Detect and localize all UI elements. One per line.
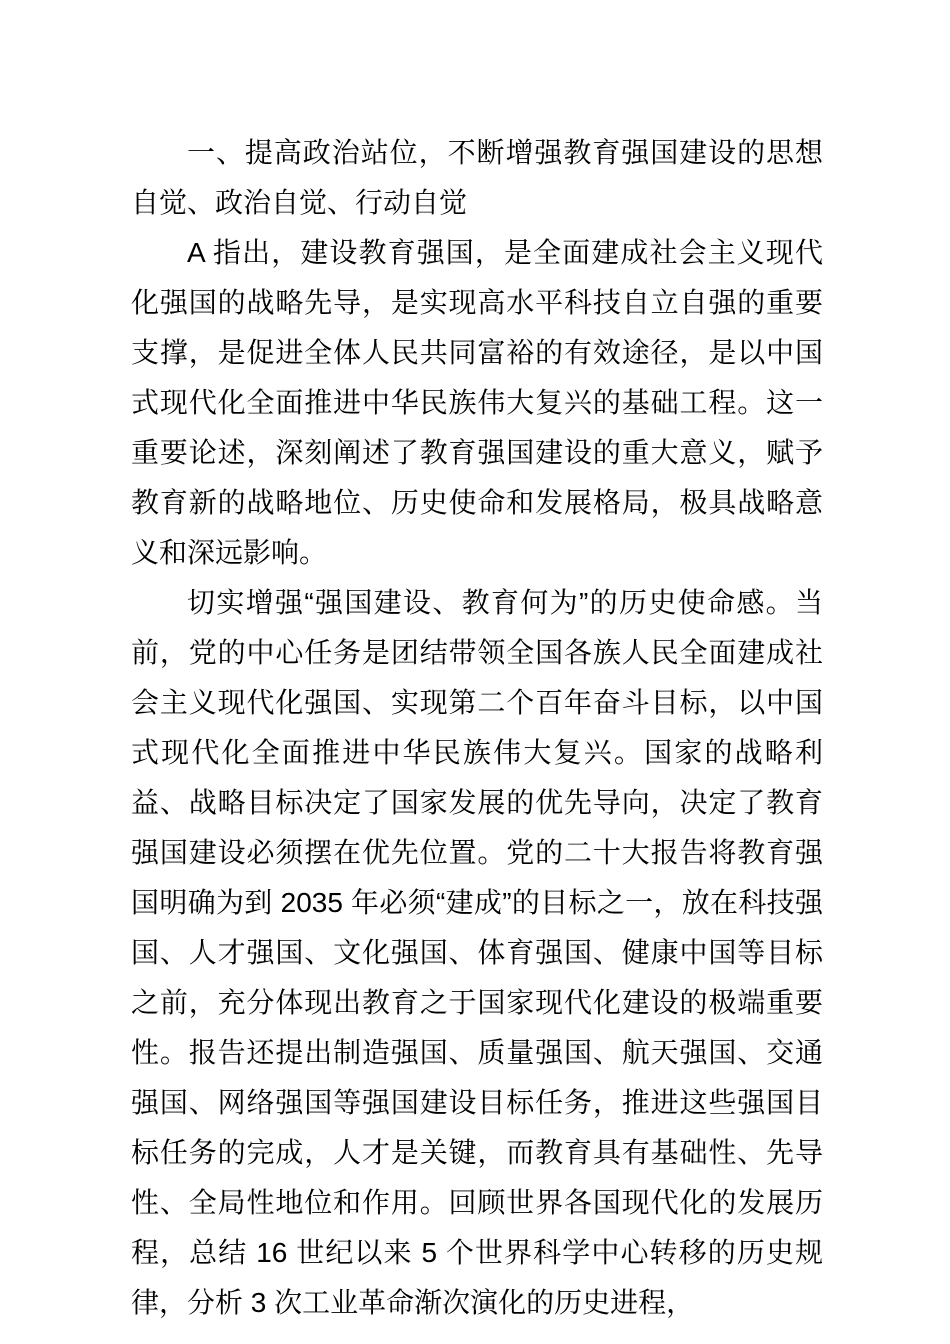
document-body: 一、提高政治站位，不断增强教育强国建设的思想自觉、政治自觉、行动自觉 A 指出，… [131,128,823,1328]
section-heading: 一、提高政治站位，不断增强教育强国建设的思想自觉、政治自觉、行动自觉 [131,128,823,228]
paragraph-2: 切实增强“强国建设、教育何为”的历史使命感。当前，党的中心任务是团结带领全国各族… [131,578,823,1328]
document-page: 一、提高政治站位，不断增强教育强国建设的思想自觉、政治自觉、行动自觉 A 指出，… [0,0,950,1344]
paragraph-1: A 指出，建设教育强国，是全面建成社会主义现代化强国的战略先导，是实现高水平科技… [131,228,823,578]
